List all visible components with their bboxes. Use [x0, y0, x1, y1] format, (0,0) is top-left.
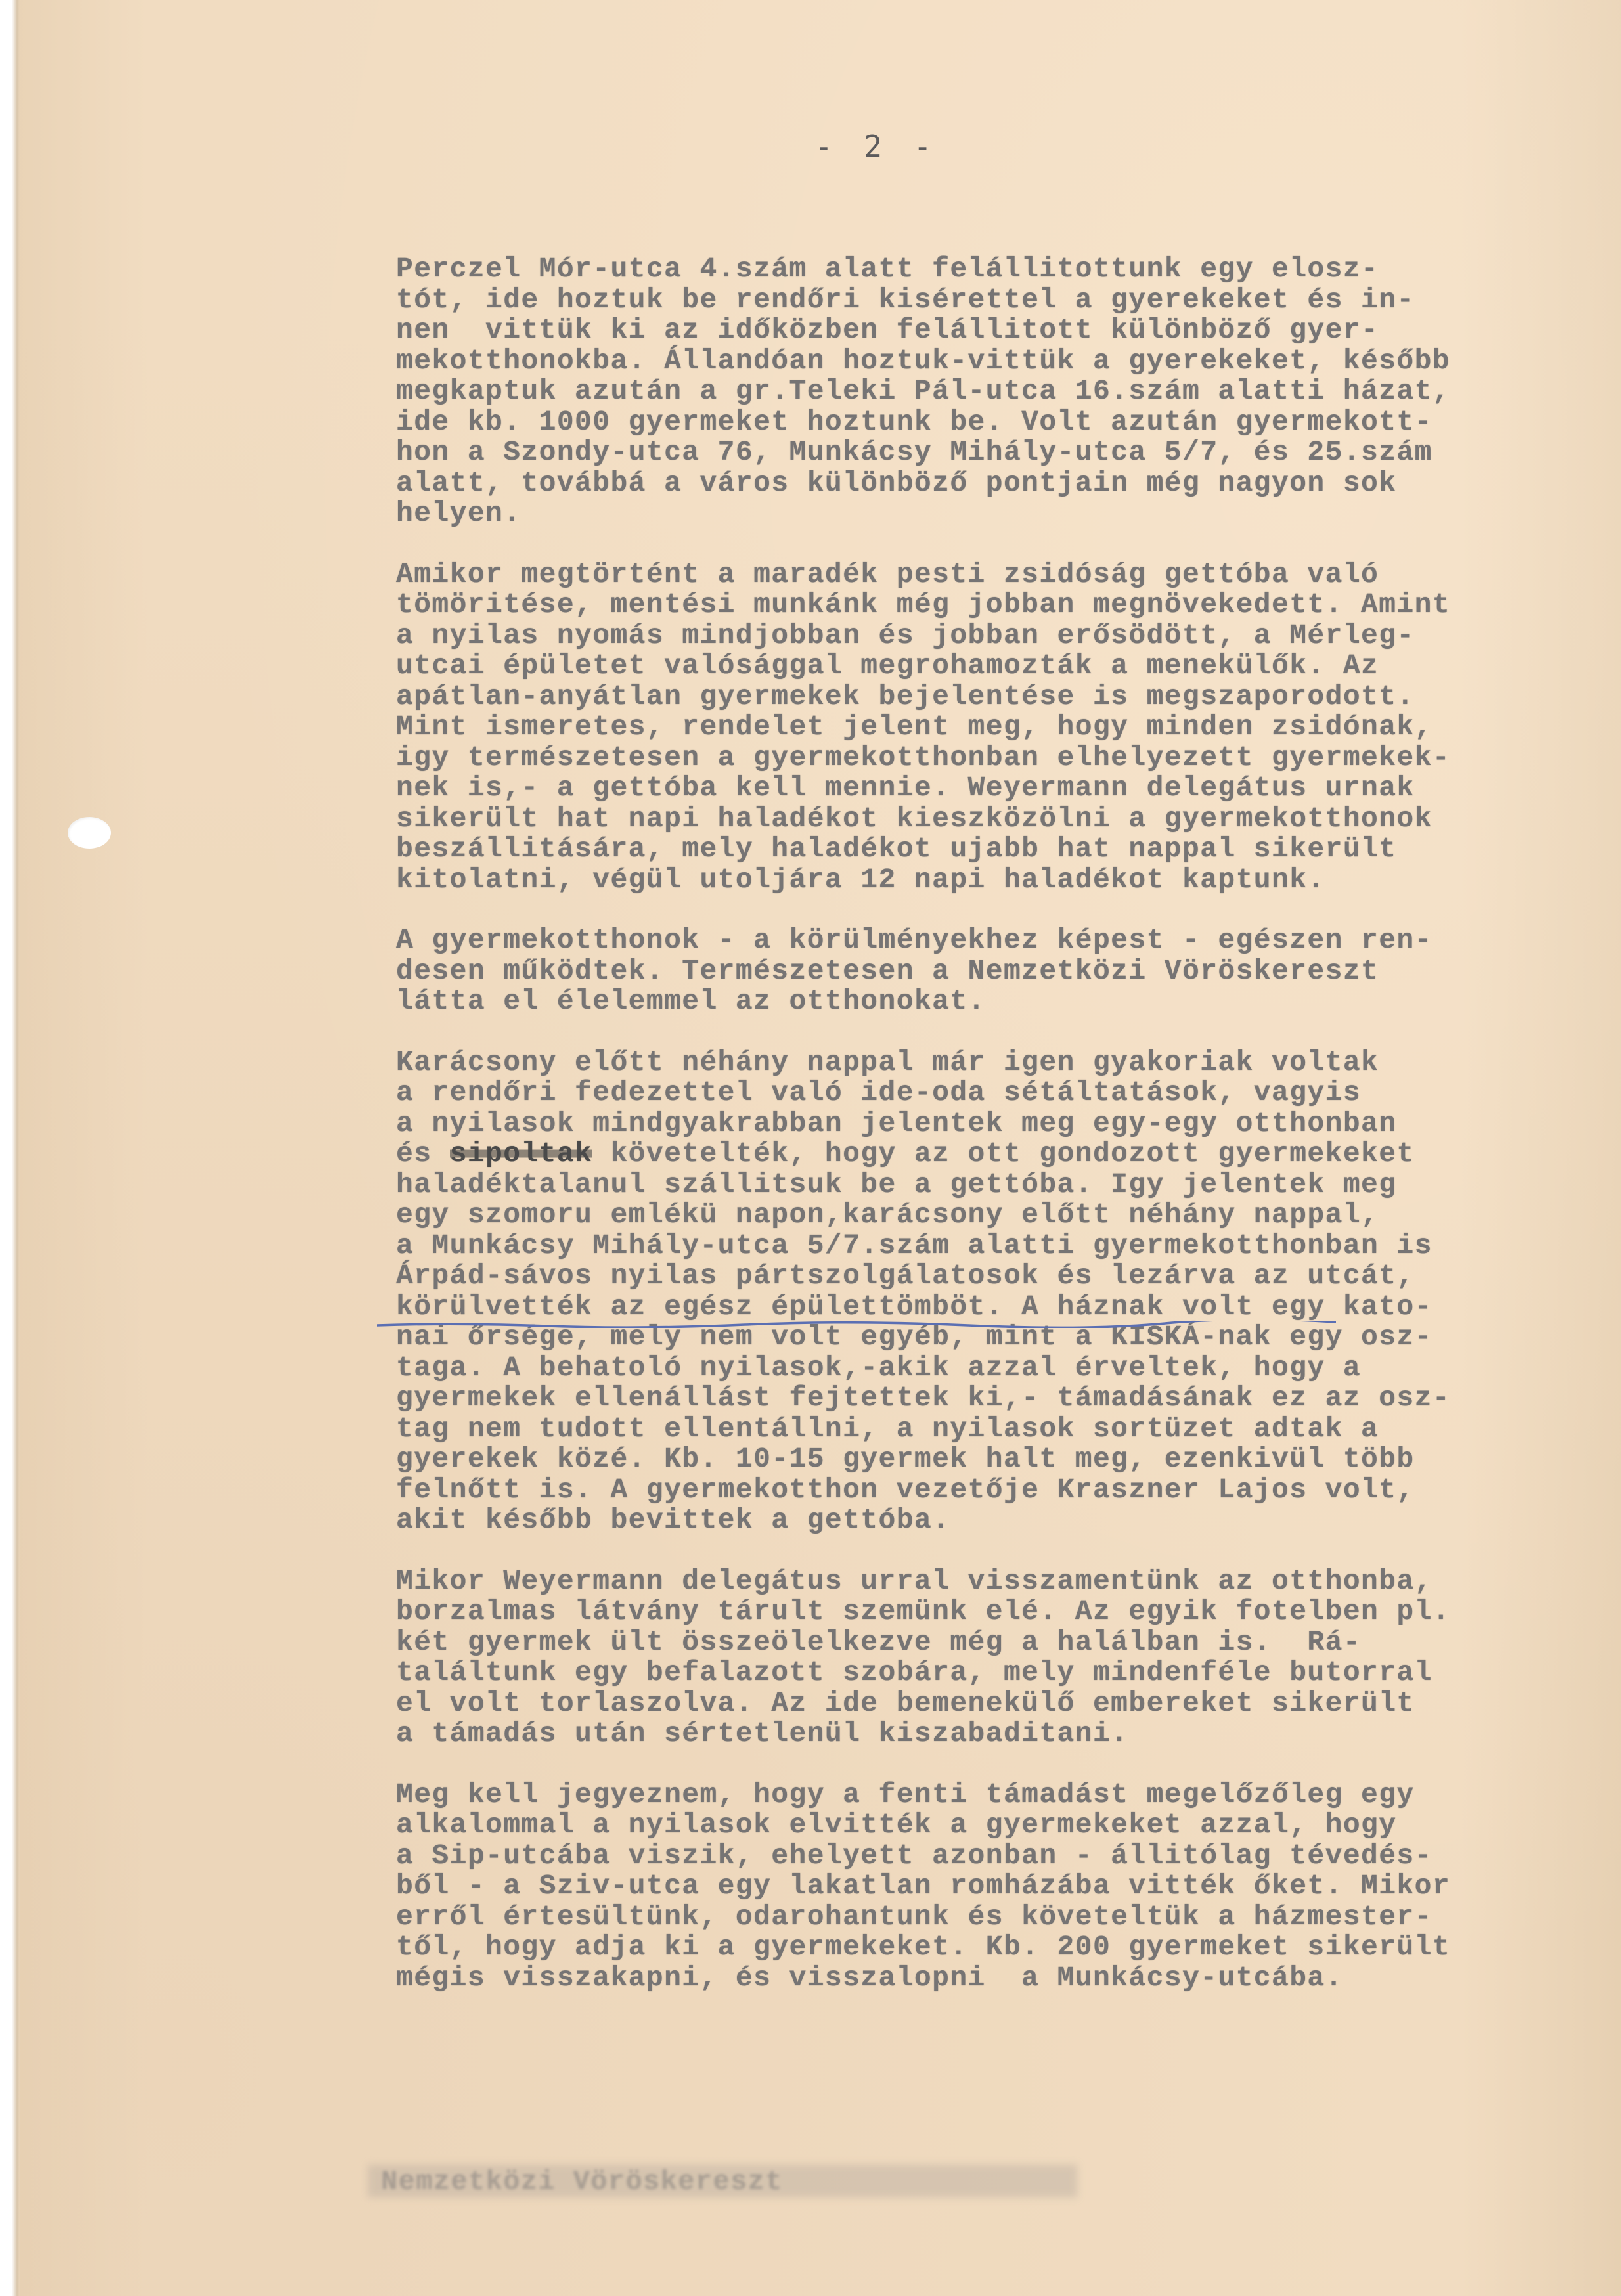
text-line-with-correction: és sipoltak követelték, hogy az ott gond… [396, 1139, 1618, 1170]
paragraph-4: Karácsony előtt néhány nappal már igen g… [396, 1048, 1618, 1536]
text-line: apátlan-anyátlan gyermekek bejelentése i… [396, 682, 1618, 713]
text-line: a rendőri fedezettel való ide-oda sétált… [396, 1078, 1618, 1109]
text-line: két gyermek ült összeölelkezve még a hal… [396, 1627, 1618, 1658]
paragraph-5: Mikor Weyermann delegátus urral visszame… [396, 1566, 1618, 1750]
paragraph-1: Perczel Mór-utca 4.szám alatt felállitot… [396, 254, 1618, 529]
text-line: igy természetesen a gyermekotthonban elh… [396, 743, 1618, 774]
paragraph-6: Meg kell jegyeznem, hogy a fenti támadás… [396, 1780, 1618, 1994]
paragraph-2: Amikor megtörtént a maradék pesti zsidós… [396, 560, 1618, 896]
text-line: megkaptuk azután a gr.Teleki Pál-utca 16… [396, 376, 1618, 407]
punch-hole-top [68, 817, 111, 849]
text-line: nen vittük ki az időközben felállitott k… [396, 315, 1618, 346]
text-line: kitolatni, végül utoljára 12 napi haladé… [396, 865, 1618, 896]
text-line: nek is,- a gettóba kell mennie. Weyerman… [396, 773, 1618, 804]
text-line: Amikor megtörtént a maradék pesti zsidós… [396, 560, 1618, 590]
text-line: beszállitására, mely haladékot ujabb hat… [396, 834, 1618, 865]
text-line: helyen. [396, 498, 1618, 529]
text-line: felnőtt is. A gyermekotthon vezetője Kra… [396, 1475, 1618, 1506]
text-line: Mikor Weyermann delegátus urral visszame… [396, 1566, 1618, 1597]
text-line: körülvették az egész épülettömböt. A ház… [396, 1292, 1618, 1323]
text-line: haladéktalanul szállitsuk be a gettóba. … [396, 1170, 1618, 1201]
text-line: gyerekek közé. Kb. 10-15 gyermek halt me… [396, 1444, 1618, 1475]
text-line: Perczel Mór-utca 4.szám alatt felállitot… [396, 254, 1618, 285]
text-line: ide kb. 1000 gyermeket hoztunk be. Volt … [396, 407, 1618, 438]
text-line: a Sip-utcába viszik, ehelyett azonban - … [396, 1841, 1618, 1872]
text-line: alkalommal a nyilasok elvitték a gyermek… [396, 1810, 1618, 1841]
pen-underline-mark [377, 1321, 1336, 1328]
text-line: akit később bevittek a gettóba. [396, 1505, 1618, 1536]
text-line: utcai épületet valósággal megrohamozták … [396, 651, 1618, 682]
text-line: a támadás után sértetlenül kiszabaditani… [396, 1719, 1618, 1750]
page-number: - 2 - [814, 129, 938, 164]
text-line: erről értesültünk, odarohantunk és követ… [396, 1902, 1618, 1933]
text-line: Meg kell jegyeznem, hogy a fenti támadás… [396, 1780, 1618, 1811]
text-line: gyermekek ellenállást fejtettek ki,- tám… [396, 1383, 1618, 1414]
text-line: a Munkácsy Mihály-utca 5/7.szám alatti g… [396, 1231, 1618, 1262]
text-line: taga. A behatoló nyilasok,-akik azzal ér… [396, 1353, 1618, 1384]
text-line: a nyilasok mindgyakrabban jelentek meg e… [396, 1109, 1618, 1139]
text-line: Mint ismeretes, rendelet jelent meg, hog… [396, 712, 1618, 743]
text-line: A gyermekotthonok - a körülményekhez kép… [396, 925, 1618, 956]
text-line: egy szomoru emlékü napon,karácsony előtt… [396, 1200, 1618, 1231]
text-line: el volt torlaszolva. Az ide bemenekülő e… [396, 1689, 1618, 1719]
text-line: mekotthonokba. Állandóan hoztuk-vittük a… [396, 346, 1618, 377]
text-line: a nyilas nyomás mindjobban és jobban erő… [396, 621, 1618, 651]
text-line: tag nem tudott ellentállni, a nyilasok s… [396, 1414, 1618, 1445]
struck-out-word: sipoltak [450, 1137, 593, 1170]
text-line: sikerült hat napi haladékot kieszközölni… [396, 804, 1618, 835]
text-line: hon a Szondy-utca 76, Munkácsy Mihály-ut… [396, 437, 1618, 468]
text-line: Karácsony előtt néhány nappal már igen g… [396, 1048, 1618, 1078]
struck-footer-text: Nemzetközi Vöröskereszt [381, 2166, 783, 2197]
text-line: mégis visszakapni, és visszalopni a Munk… [396, 1963, 1618, 1994]
text-line: Árpád-sávos nyilas pártszolgálatosok és … [396, 1261, 1618, 1292]
text-line: tömöritése, mentési munkánk még jobban m… [396, 590, 1618, 621]
text-line: desen működtek. Természetesen a Nemzetkö… [396, 956, 1618, 987]
text-line: tót, ide hoztuk be rendőri kisérettel a … [396, 285, 1618, 316]
text-fragment: követelték, hogy az ott gondozott gyerme… [592, 1137, 1414, 1170]
paragraph-3: A gyermekotthonok - a körülményekhez kép… [396, 925, 1618, 1017]
text-fragment: és [396, 1137, 450, 1170]
text-line: alatt, továbbá a város különböző pontjai… [396, 468, 1618, 499]
typewritten-body: Perczel Mór-utca 4.szám alatt felállitot… [396, 254, 1618, 2023]
text-line: borzalmas látvány tárult szemünk elé. Az… [396, 1597, 1618, 1627]
text-line: től, hogy adja ki a gyermekeket. Kb. 200… [396, 1932, 1618, 1963]
text-line: találtunk egy befalazott szobára, mely m… [396, 1658, 1618, 1689]
text-line: látta el élelemmel az otthonokat. [396, 986, 1618, 1017]
page-left-edge [0, 0, 20, 2296]
text-line: ből - a Sziv-utca egy lakatlan romházába… [396, 1871, 1618, 1902]
